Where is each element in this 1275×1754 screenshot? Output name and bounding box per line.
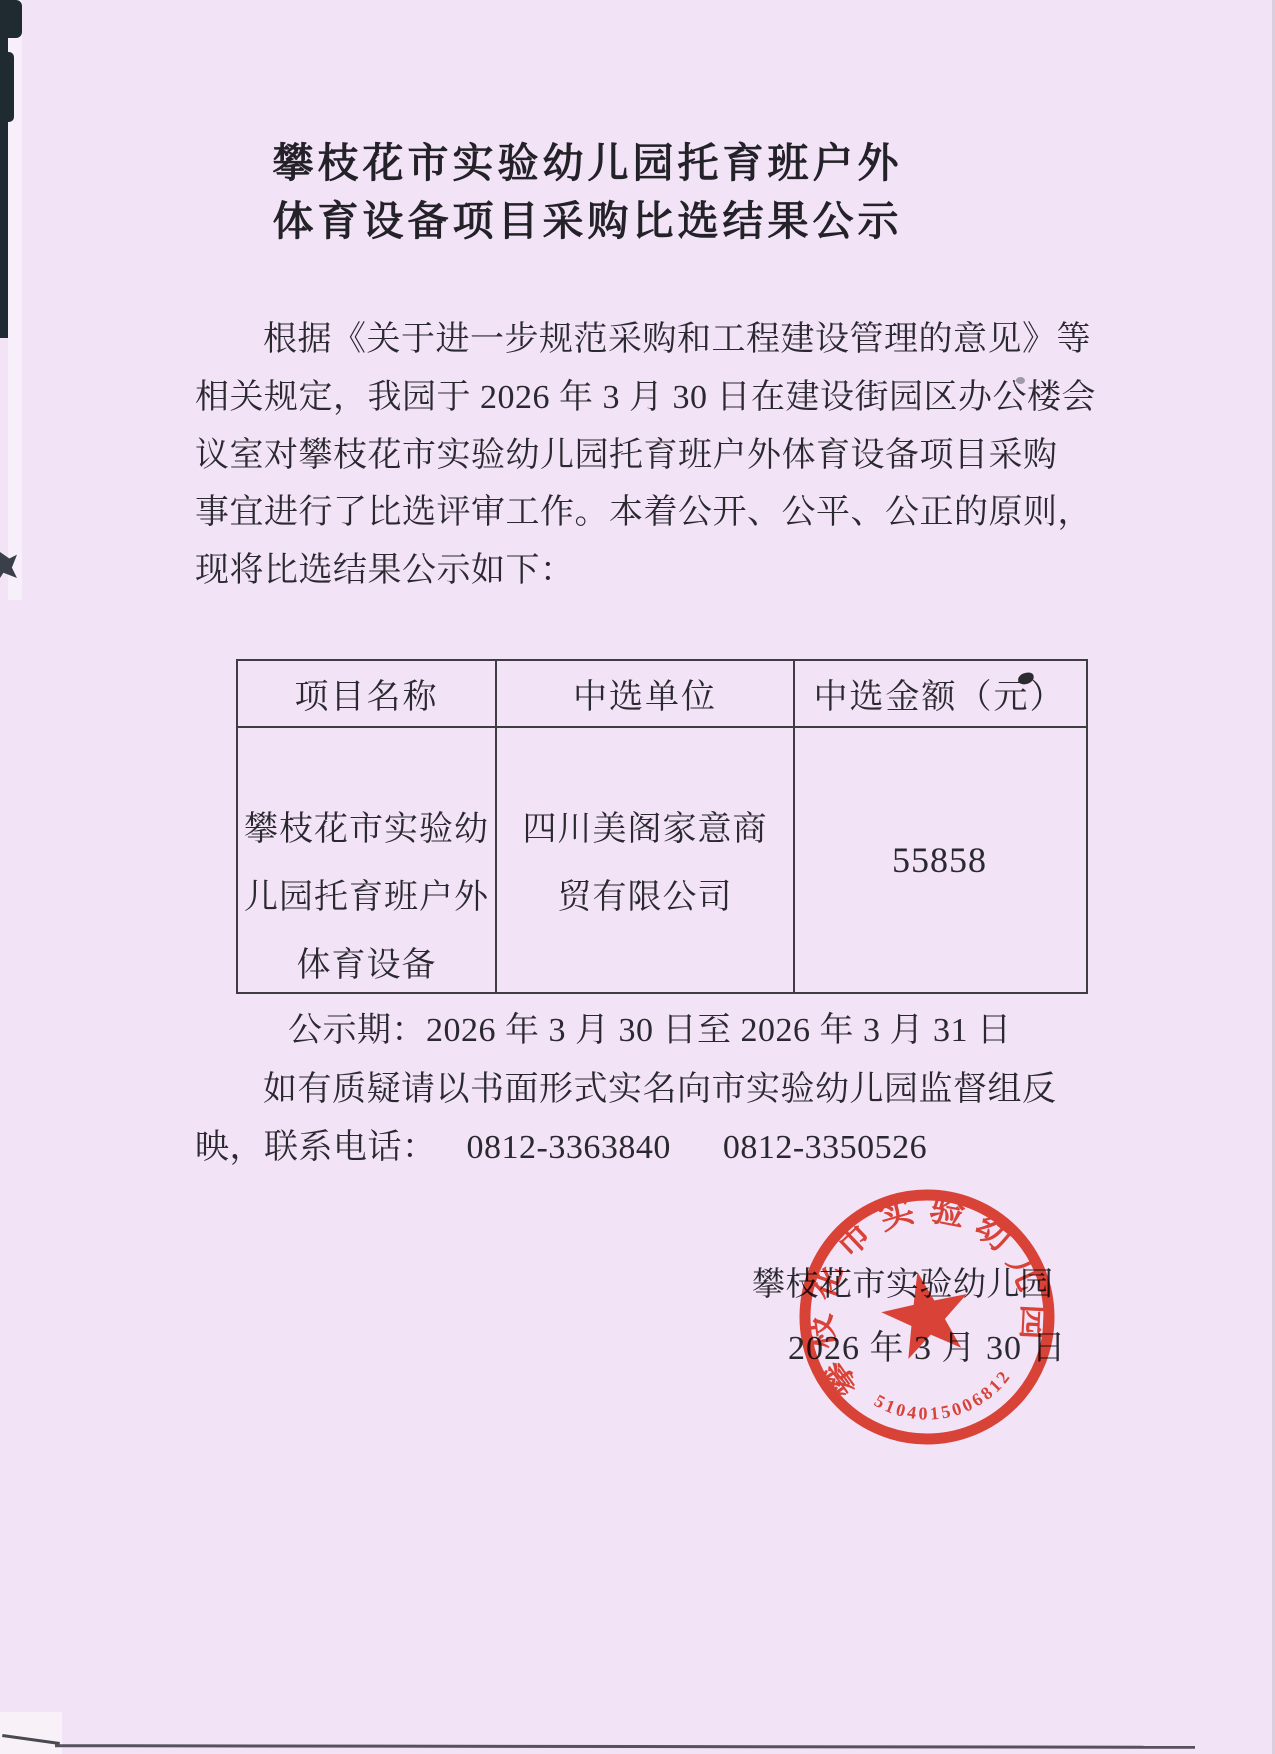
document-title-line2: 体育设备项目采购比选结果公示	[0, 188, 1225, 247]
publicity-period: 公示期：2026 年 3 月 30 日至 2026 年 3 月 31 日	[288, 1002, 1012, 1051]
project-name-line: 儿园托育班户外	[238, 864, 495, 932]
phone-number-1: 0812-3363840	[467, 1129, 671, 1166]
project-name-line: 体育设备	[238, 932, 495, 1000]
scan-artifact	[55, 1744, 1195, 1749]
result-table: 项目名称 中选单位 中选金额（元） 攀枝花市实验幼 儿园托育班户外 体育设备 四…	[236, 659, 1088, 994]
header-winning-unit: 中选单位	[497, 661, 795, 726]
paragraph-line: 根据《关于进一步规范采购和工程建设管理的意见》等	[195, 320, 1063, 360]
project-name-line: 攀枝花市实验幼	[238, 796, 495, 864]
cell-winning-unit: 四川美阁家意商 贸有限公司	[497, 728, 795, 992]
scanned-document-page: 攀枝花市实验幼儿园托育班户外 体育设备项目采购比选结果公示 根据《关于进一步规范…	[0, 0, 1275, 1754]
winning-unit-line: 四川美阁家意商	[497, 796, 793, 864]
scan-artifact	[0, 0, 22, 38]
phone-number-2: 0812-3350526	[723, 1129, 927, 1166]
cell-project-name: 攀枝花市实验幼 儿园托育班户外 体育设备	[238, 728, 497, 992]
seal-serial-number: 5104015006812	[868, 1362, 1021, 1436]
contact-line2: 映，联系电话：0812-33638400812-3350526	[195, 1128, 995, 1168]
cell-winning-amount: 55858	[795, 728, 1084, 992]
contact-prefix: 映，联系电话：	[195, 1129, 437, 1166]
seal-star-icon	[875, 1263, 978, 1363]
document-title-line1: 攀枝花市实验幼儿园托育班户外	[0, 130, 1225, 189]
paragraph-line: 议室对攀枝花市实验幼儿园托育班户外体育设备项目采购	[195, 436, 995, 476]
official-seal-stamp: 攀枝花市实验幼儿园 5104015006812	[782, 1172, 1072, 1462]
table-header-row: 项目名称 中选单位 中选金额（元）	[238, 661, 1086, 728]
header-project-name: 项目名称	[238, 661, 497, 726]
paragraph-line: 事宜进行了比选评审工作。本着公开、公平、公正的原则，	[195, 493, 995, 533]
scan-artifact	[0, 1712, 62, 1754]
paragraph-line: 现将比选结果公示如下：	[195, 551, 995, 591]
contact-line1: 如有质疑请以书面形式实名向市实验幼儿园监督组反	[195, 1070, 1063, 1110]
svg-text:5104015006812: 5104015006812	[868, 1362, 1021, 1436]
winning-unit-line: 贸有限公司	[497, 864, 793, 932]
header-winning-amount: 中选金额（元）	[795, 661, 1084, 726]
table-row: 攀枝花市实验幼 儿园托育班户外 体育设备 四川美阁家意商 贸有限公司 55858	[238, 728, 1086, 992]
paragraph-line: 相关规定，我园于 2026 年 3 月 30 日在建设街园区办公楼会	[195, 378, 995, 418]
scan-artifact	[0, 52, 14, 122]
